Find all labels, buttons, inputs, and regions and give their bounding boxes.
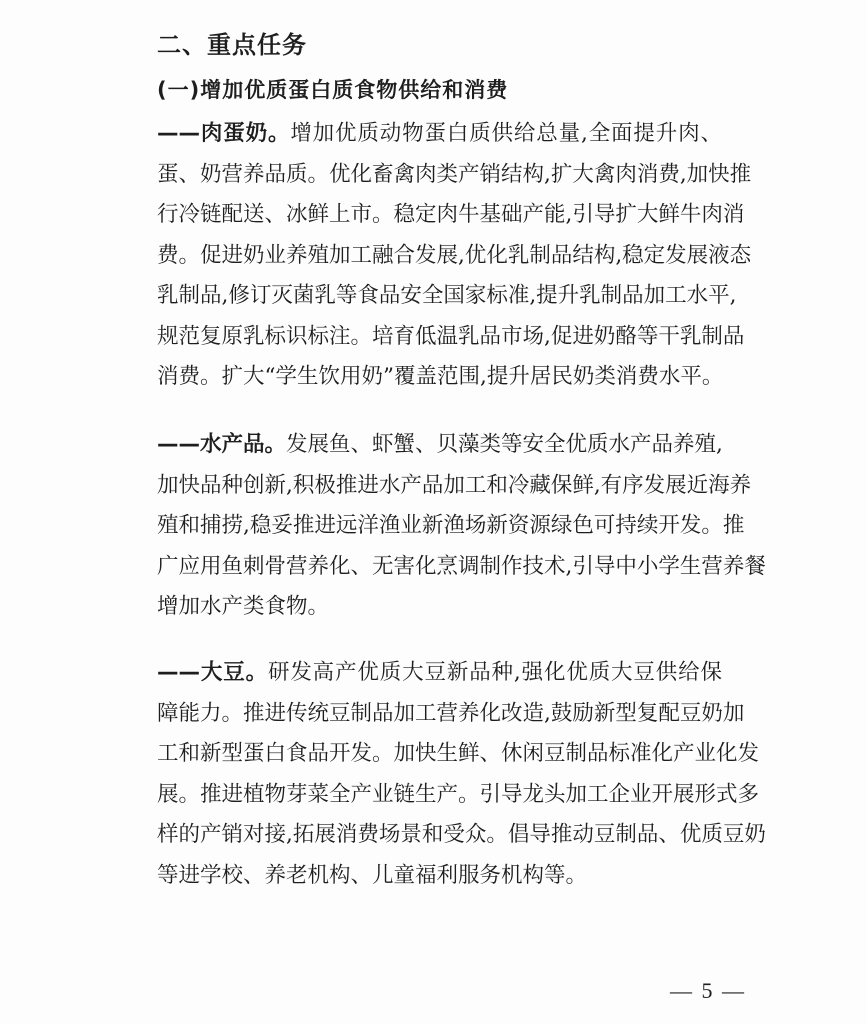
paragraph-line: ——水产品。发展鱼、虾蟹、贝藻类等安全优质水产品养殖, bbox=[157, 425, 722, 466]
paragraph-line: 广应用鱼刺骨营养化、无害化烹调制作技术,引导中小学生营养餐 bbox=[157, 547, 722, 588]
page-number: — 5 — bbox=[670, 976, 746, 1006]
paragraph-lead: ——大豆。 bbox=[157, 660, 268, 685]
paragraph-line: 行冷链配送、冰鲜上市。稳定肉牛基础产能,引导扩大鲜牛肉消 bbox=[157, 195, 722, 236]
paragraph-line: 蛋、奶营养品质。优化畜禽肉类产销结构,扩大禽肉消费,加快推 bbox=[157, 155, 722, 196]
paragraph-line: 增加水产类食物。 bbox=[157, 587, 722, 628]
paragraph-line: 费。促进奶业养殖加工融合发展,优化乳制品结构,稳定发展液态 bbox=[157, 236, 722, 277]
paragraph-line: 样的产销对接,拓展消费场景和受众。倡导推动豆制品、优质豆奶 bbox=[157, 815, 722, 856]
document-page: 二、重点任务 (一)增加优质蛋白质食物供给和消费 ——肉蛋奶。增加优质动物蛋白质… bbox=[0, 0, 867, 1024]
paragraph-lead: ——肉蛋奶。 bbox=[157, 121, 290, 146]
paragraph-lead: ——水产品。 bbox=[157, 432, 286, 457]
paragraph-meat-egg-milk: ——肉蛋奶。增加优质动物蛋白质供给总量,全面提升肉、 蛋、奶营养品质。优化畜禽肉… bbox=[157, 114, 722, 398]
paragraph-line: 殖和捕捞,稳妥推进远洋渔业新渔场新资源绿色可持续开发。推 bbox=[157, 506, 722, 547]
paragraph-text: 研发高产优质大豆新品种,强化优质大豆供给保 bbox=[268, 660, 722, 685]
paragraph-line: ——肉蛋奶。增加优质动物蛋白质供给总量,全面提升肉、 bbox=[157, 114, 722, 155]
paragraph-text: 增加优质动物蛋白质供给总量,全面提升肉、 bbox=[290, 121, 722, 146]
paragraph-line: 障能力。推进传统豆制品加工营养化改造,鼓励新型复配豆奶加 bbox=[157, 694, 722, 735]
paragraph-line: 展。推进植物芽菜全产业链生产。引导龙头加工企业开展形式多 bbox=[157, 775, 722, 816]
paragraph-soybean: ——大豆。研发高产优质大豆新品种,强化优质大豆供给保 障能力。推进传统豆制品加工… bbox=[157, 653, 722, 896]
subsection-heading: (一)增加优质蛋白质食物供给和消费 bbox=[157, 74, 508, 106]
section-heading: 二、重点任务 bbox=[157, 28, 307, 62]
paragraph-line: 消费。扩大“学生饮用奶”覆盖范围,提升居民奶类消费水平。 bbox=[157, 357, 722, 398]
paragraph-line: 规范复原乳标识标注。培育低温乳品市场,促进奶酪等干乳制品 bbox=[157, 317, 722, 358]
paragraph-line: ——大豆。研发高产优质大豆新品种,强化优质大豆供给保 bbox=[157, 653, 722, 694]
paragraph-line: 工和新型蛋白食品开发。加快生鲜、休闲豆制品标准化产业化发 bbox=[157, 734, 722, 775]
paragraph-line: 等进学校、养老机构、儿童福利服务机构等。 bbox=[157, 856, 722, 897]
paragraph-line: 加快品种创新,积极推进水产品加工和冷藏保鲜,有序发展近海养 bbox=[157, 466, 722, 507]
paragraph-text: 发展鱼、虾蟹、贝藻类等安全优质水产品养殖, bbox=[286, 432, 723, 457]
paragraph-line: 乳制品,修订灭菌乳等食品安全国家标准,提升乳制品加工水平, bbox=[157, 276, 722, 317]
paragraph-aquatic-products: ——水产品。发展鱼、虾蟹、贝藻类等安全优质水产品养殖, 加快品种创新,积极推进水… bbox=[157, 425, 722, 628]
